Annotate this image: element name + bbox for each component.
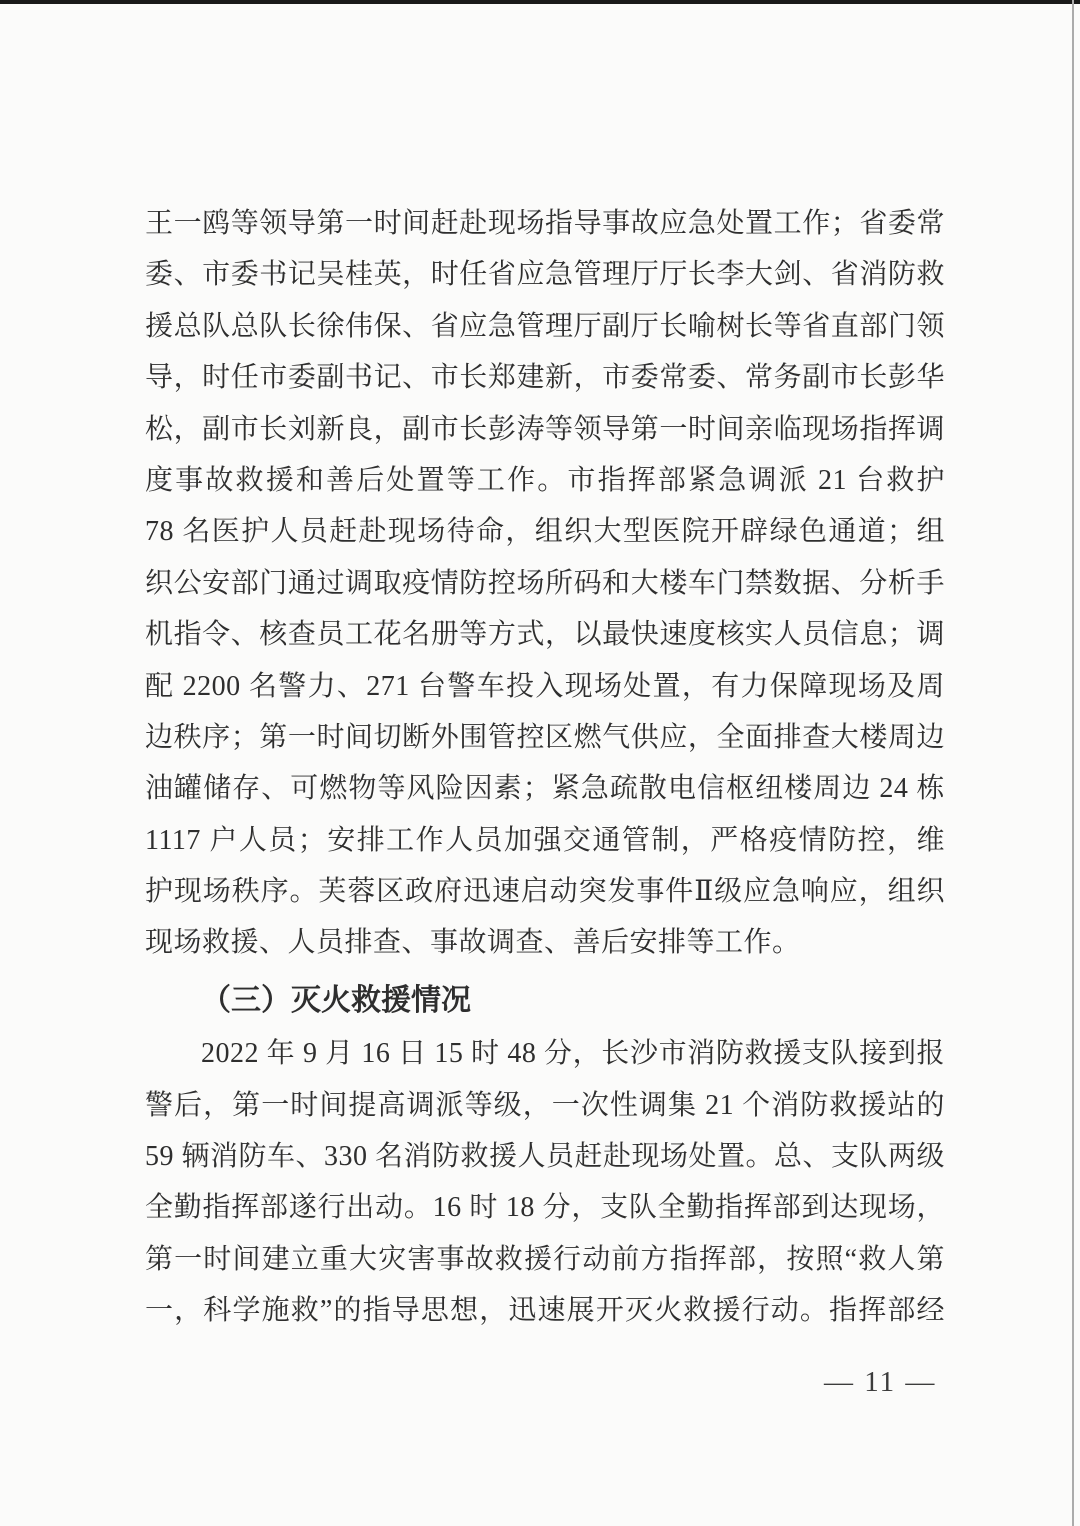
text-line: 配 2200 名警力、271 台警车投入现场处置，有力保障现场及周 xyxy=(145,661,945,712)
text-line: 委、市委书记吴桂英，时任省应急管理厅厅长李大剑、省消防救 xyxy=(145,249,945,300)
document-page: 王一鸥等领导第一时间赶赴现场指导事故应急处置工作；省委常 委、市委书记吴桂英，时… xyxy=(0,0,1080,1526)
body-text: 王一鸥等领导第一时间赶赴现场指导事故应急处置工作；省委常 委、市委书记吴桂英，时… xyxy=(145,198,945,1337)
text-line: 松，副市长刘新良，副市长彭涛等领导第一时间亲临现场指挥调 xyxy=(145,404,945,455)
text-line: 一，科学施救”的指导思想，迅速展开灭火救援行动。指挥部经 xyxy=(145,1285,945,1336)
text-line: 导，时任市委副书记、市长郑建新，市委常委、常务副市长彭华 xyxy=(145,352,945,403)
text-line: 边秩序；第一时间切断外围管控区燃气供应，全面排查大楼周边 xyxy=(145,712,945,763)
text-line: 78 名医护人员赶赴现场待命，组织大型医院开辟绿色通道；组 xyxy=(145,506,945,557)
text-line: 全勤指挥部遂行出动。16 时 18 分，支队全勤指挥部到达现场， xyxy=(145,1182,945,1233)
text-line: 59 辆消防车、330 名消防救援人员赶赴现场处置。总、支队两级 xyxy=(145,1131,945,1182)
page-top-edge xyxy=(0,0,1080,4)
text-line: 现场救援、人员排查、事故调查、善后安排等工作。 xyxy=(145,917,945,968)
section-heading: （三）灭火救援情况 xyxy=(145,975,945,1026)
text-line: 机指令、核查员工花名册等方式，以最快速度核实人员信息；调 xyxy=(145,609,945,660)
text-line: 2022 年 9 月 16 日 15 时 48 分，长沙市消防救援支队接到报 xyxy=(145,1028,945,1079)
text-line: 护现场秩序。芙蓉区政府迅速启动突发事件Ⅱ级应急响应，组织 xyxy=(145,866,945,917)
text-line: 援总队总队长徐伟保、省应急管理厅副厅长喻树长等省直部门领 xyxy=(145,301,945,352)
text-line: 王一鸥等领导第一时间赶赴现场指导事故应急处置工作；省委常 xyxy=(145,198,945,249)
text-line: 油罐储存、可燃物等风险因素；紧急疏散电信枢纽楼周边 24 栋 xyxy=(145,763,945,814)
page-right-edge-shadow xyxy=(1072,0,1074,1526)
page-number: — 11 — xyxy=(824,1366,936,1399)
text-line: 1117 户人员；安排工作人员加强交通管制，严格疫情防控，维 xyxy=(145,815,945,866)
text-line: 织公安部门通过调取疫情防控场所码和大楼车门禁数据、分析手 xyxy=(145,558,945,609)
text-line: 度事故救援和善后处置等工作。市指挥部紧急调派 21 台救护车、 xyxy=(145,455,945,506)
text-line: 第一时间建立重大灾害事故救援行动前方指挥部，按照“救人第 xyxy=(145,1234,945,1285)
text-line: 警后，第一时间提高调派等级，一次性调集 21 个消防救援站的 xyxy=(145,1080,945,1131)
